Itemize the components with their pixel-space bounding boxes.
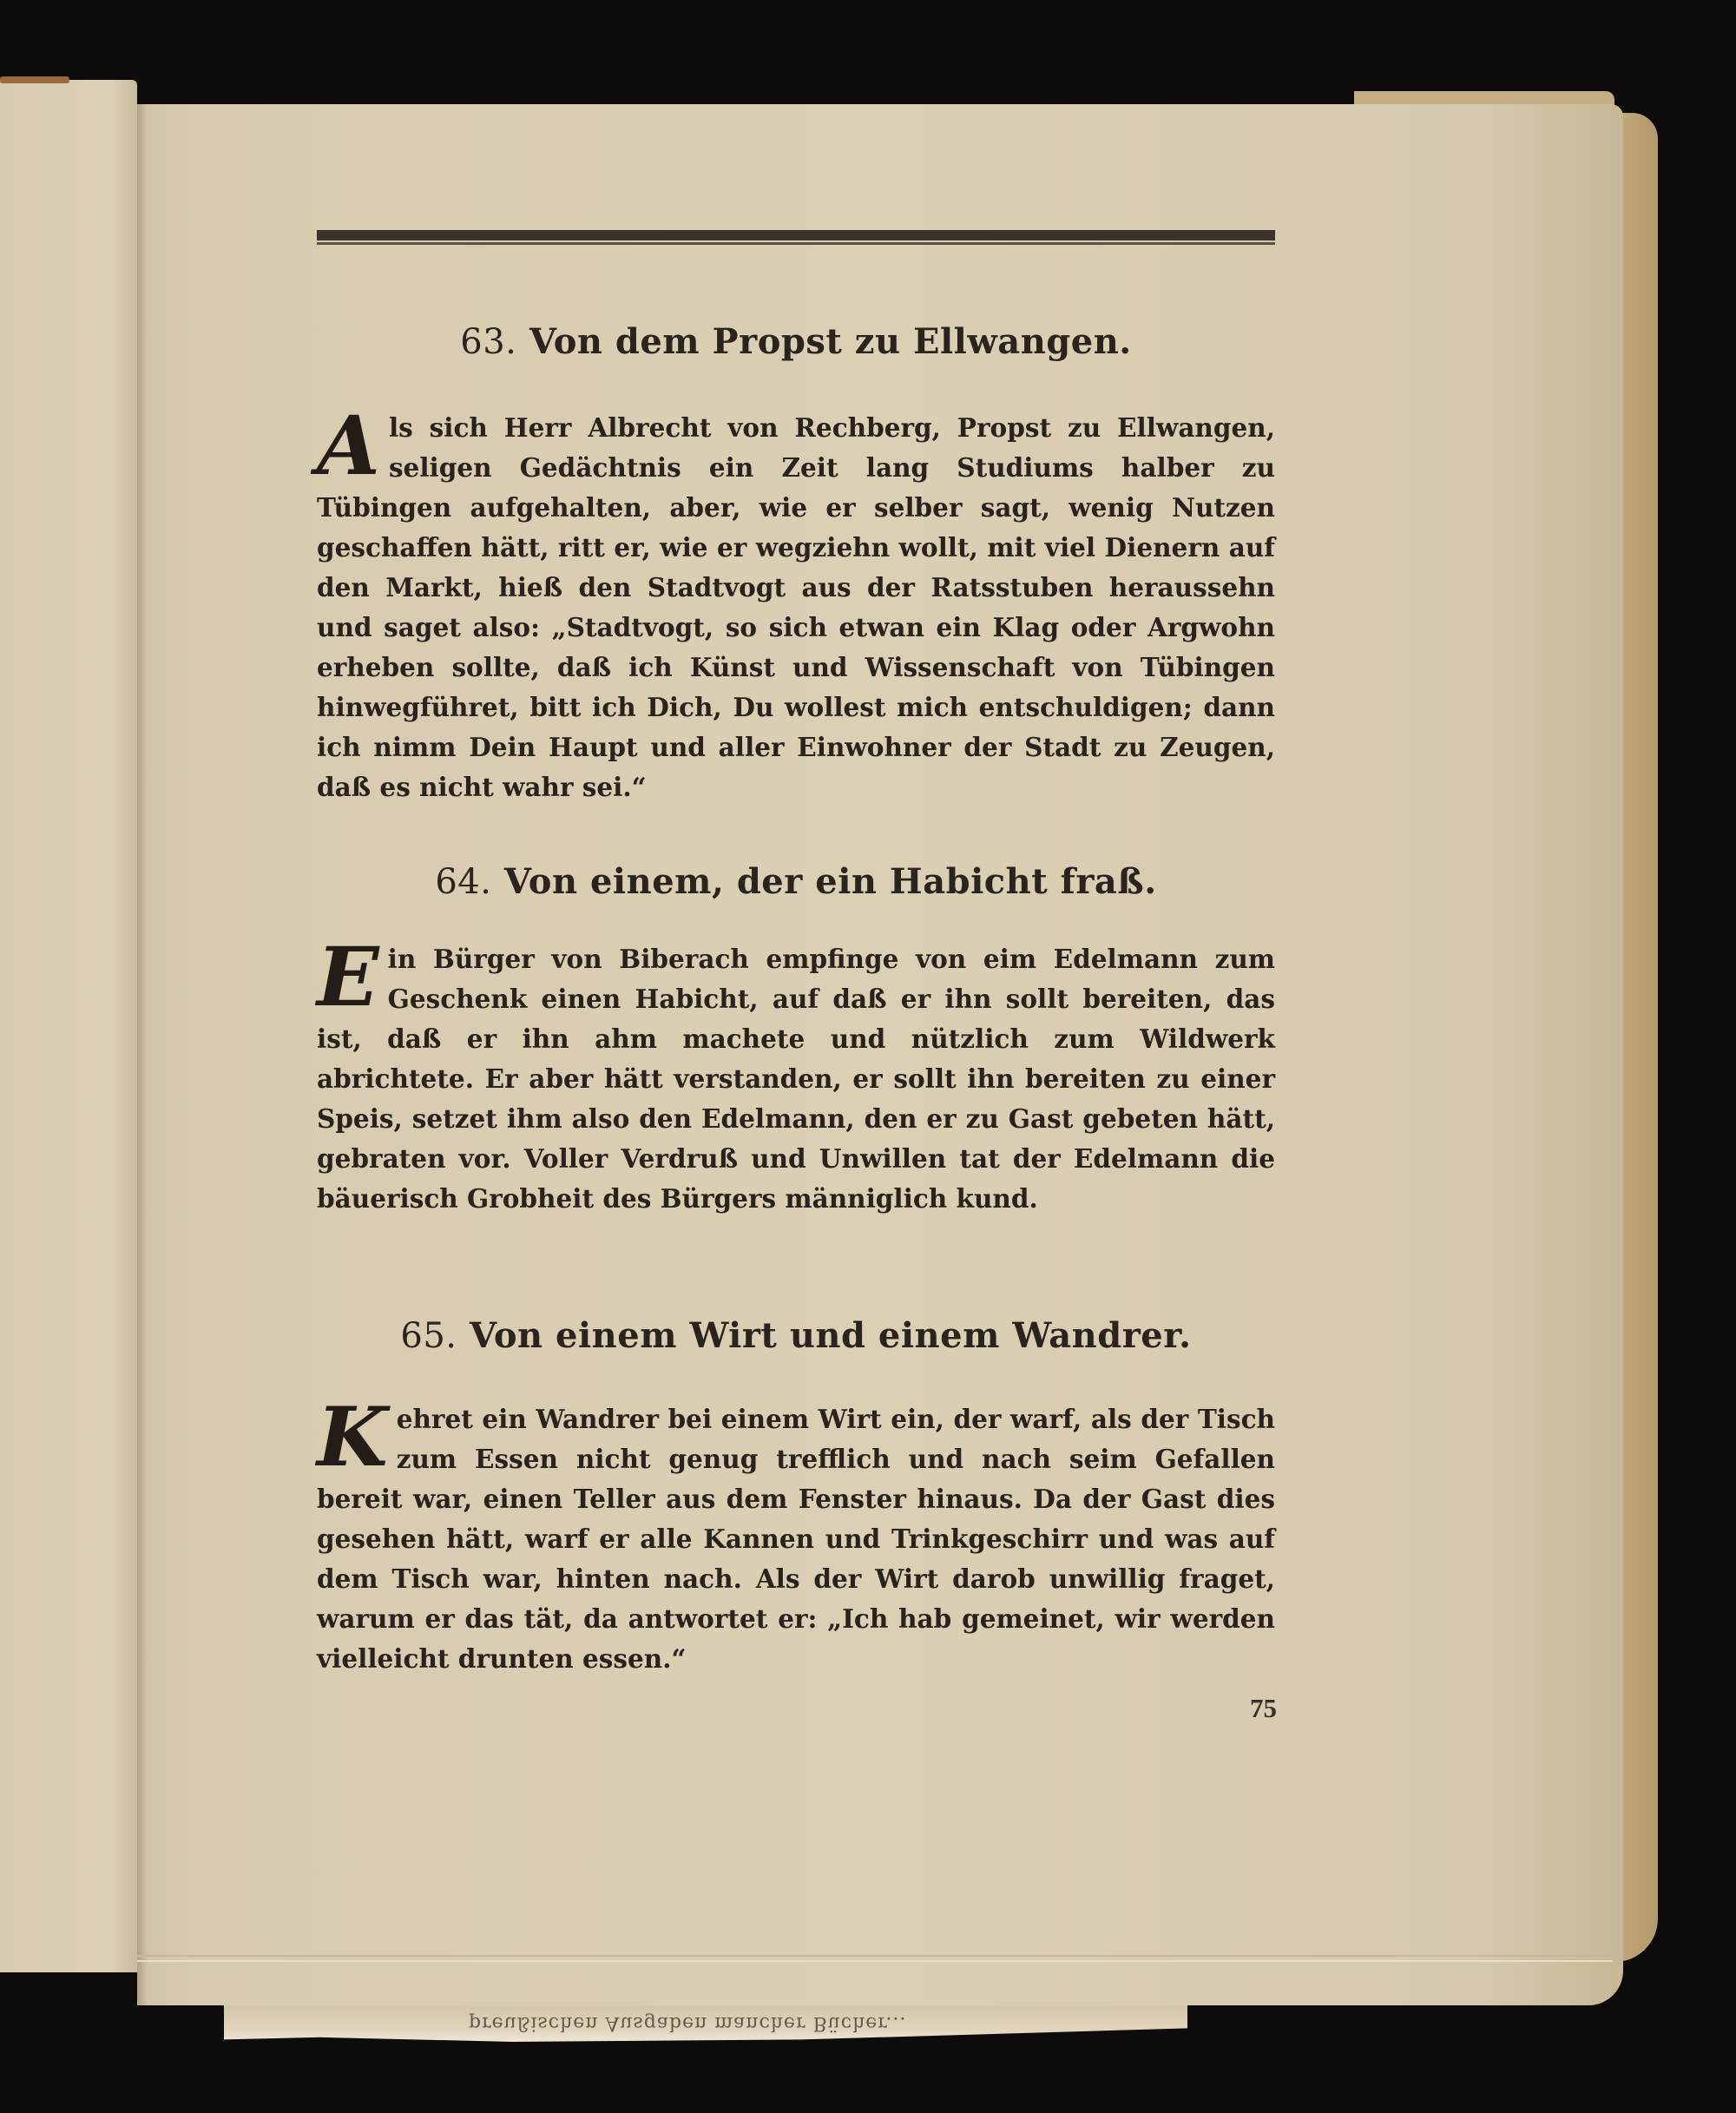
section-64-body: Ein Bürger von Biberach empfinge von eim… xyxy=(317,939,1275,1219)
section-65-title: 65. Von einem Wirt und einem Wandrer. xyxy=(317,1315,1275,1356)
drop-cap: A xyxy=(317,411,380,484)
section-number: 65. xyxy=(400,1316,457,1356)
section-title-text: Von einem Wirt und einem Wandrer. xyxy=(470,1315,1192,1356)
section-65-body: Kehret ein Wandrer bei einem Wirt ein, d… xyxy=(317,1399,1275,1679)
section-63-title: 63. Von dem Propst zu Ellwangen. xyxy=(317,321,1275,362)
bottom-fold-line xyxy=(137,1955,1613,1962)
paragraph-text: ls sich Herr Albrecht von Rechberg, Prop… xyxy=(317,412,1275,802)
page-number: 75 xyxy=(1250,1693,1277,1724)
section-number: 64. xyxy=(435,862,491,902)
section-number: 63. xyxy=(460,322,516,362)
header-rule-thin xyxy=(317,242,1275,245)
header-rule-thick xyxy=(317,230,1275,240)
gutter-shadow xyxy=(137,104,148,2005)
paragraph-text: in Bürger von Biberach empfinge von eim … xyxy=(317,944,1275,1214)
left-page-edge xyxy=(0,80,137,1972)
section-title-text: Von dem Propst zu Ellwangen. xyxy=(529,321,1132,362)
paragraph-text: ehret ein Wandrer bei einem Wirt ein, de… xyxy=(317,1404,1275,1674)
page-stain xyxy=(0,76,69,83)
section-63-body: Als sich Herr Albrecht von Rechberg, Pro… xyxy=(317,408,1275,807)
torn-strip-text: preußischen Ausgaben mancher Bücher... xyxy=(469,2012,990,2034)
drop-cap: K xyxy=(317,1403,388,1476)
section-64-title: 64. Von einem, der ein Habicht fraß. xyxy=(317,861,1275,902)
section-title-text: Von einem, der ein Habicht fraß. xyxy=(504,861,1157,902)
drop-cap: E xyxy=(317,943,379,1016)
